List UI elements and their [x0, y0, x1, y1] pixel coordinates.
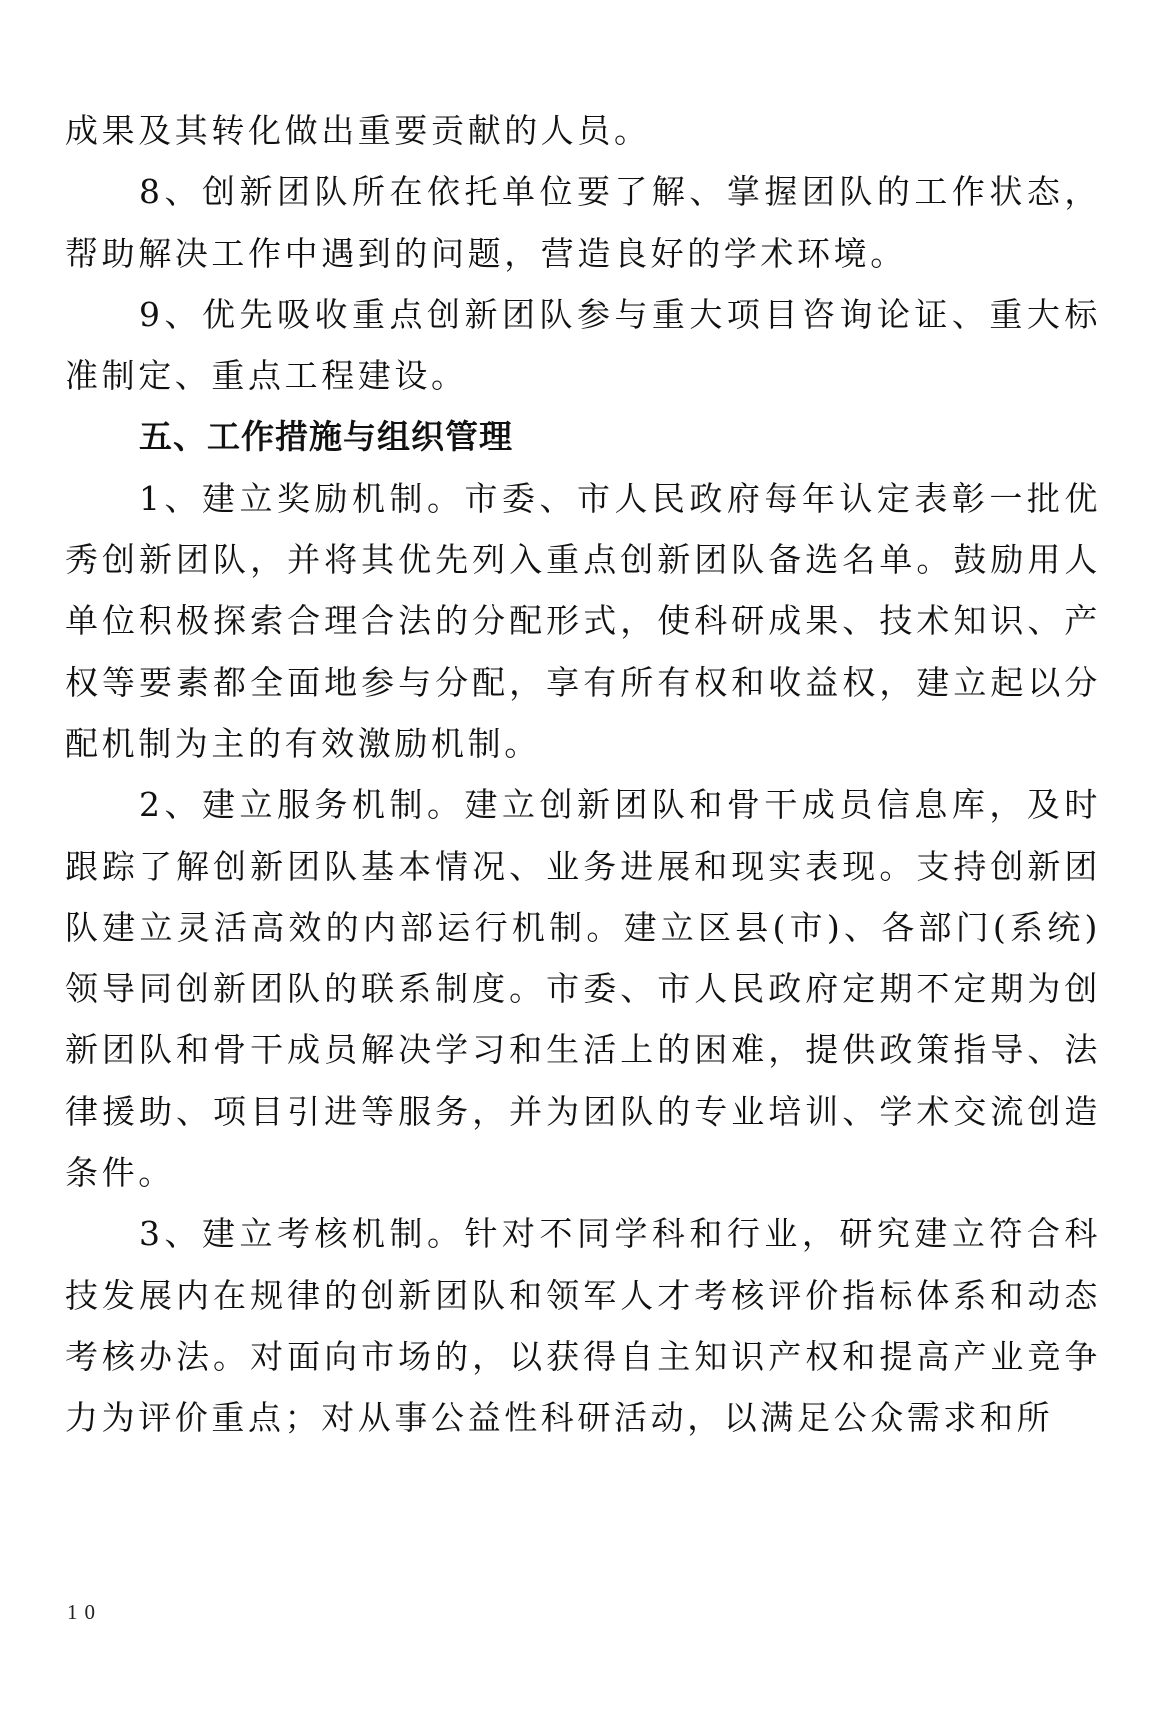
section-heading-5: 五、工作措施与组织管理	[65, 406, 1101, 467]
paragraph-measure-1: 1、建立奖励机制。市委、市人民政府每年认定表彰一批优秀创新团队，并将其优先列入重…	[65, 468, 1101, 774]
page-number: 10	[67, 1600, 102, 1625]
paragraph-measure-3: 3、建立考核机制。针对不同学科和行业，研究建立符合科技发展内在规律的创新团队和领…	[65, 1203, 1101, 1448]
paragraph-measure-2: 2、建立服务机制。建立创新团队和骨干成员信息库，及时跟踪了解创新团队基本情况、业…	[65, 774, 1101, 1203]
paragraph-continuation: 成果及其转化做出重要贡献的人员。	[65, 100, 1101, 161]
document-page-body: 成果及其转化做出重要贡献的人员。 8、创新团队所在依托单位要了解、掌握团队的工作…	[65, 100, 1101, 1449]
paragraph-item-8: 8、创新团队所在依托单位要了解、掌握团队的工作状态，帮助解决工作中遇到的问题，营…	[65, 161, 1101, 284]
paragraph-item-9: 9、优先吸收重点创新团队参与重大项目咨询论证、重大标准制定、重点工程建设。	[65, 284, 1101, 407]
